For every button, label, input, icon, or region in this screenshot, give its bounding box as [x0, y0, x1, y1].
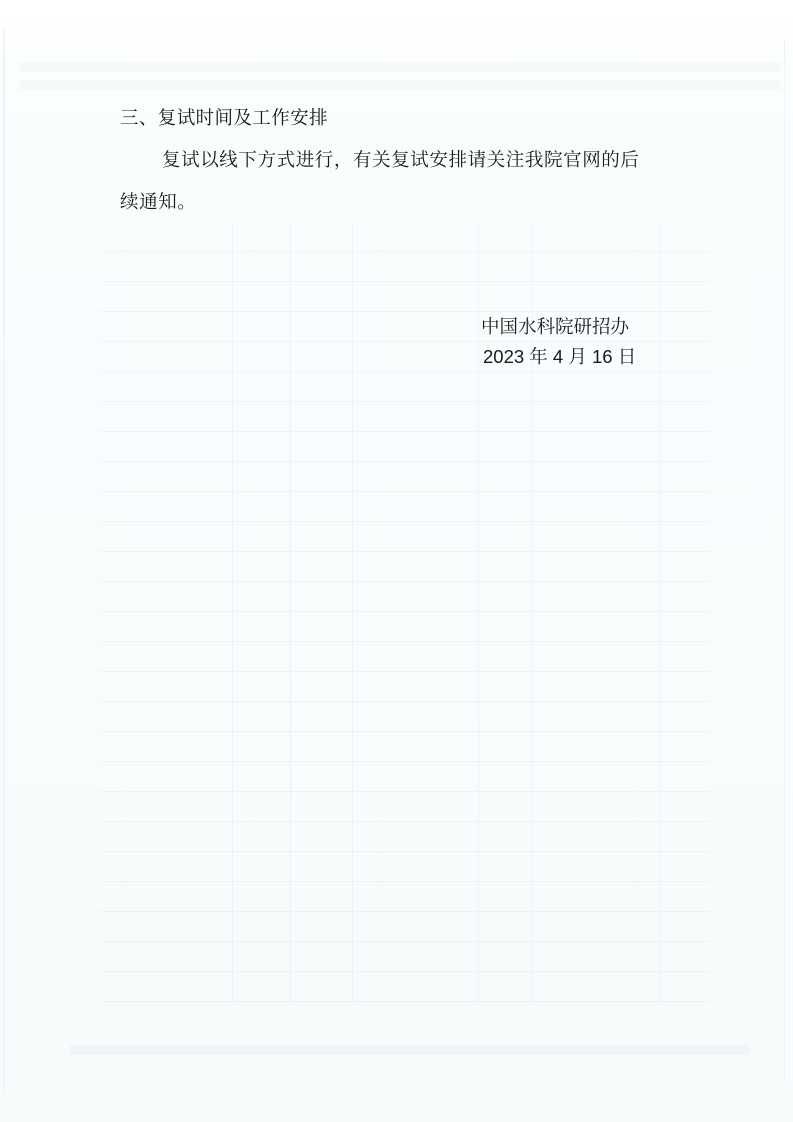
show-through-band: [20, 62, 780, 72]
signature-organization: 中国水科院研招办: [481, 313, 629, 339]
show-through-band: [20, 80, 780, 90]
document-page: 三、复试时间及工作安排 复试以线下方式进行，有关复试安排请关注我院官网的后 续通…: [0, 0, 793, 1122]
body-paragraph-line-2: 续通知。: [120, 188, 196, 214]
scan-edge-left: [3, 30, 5, 1090]
show-through-table: [100, 222, 710, 1002]
scan-edge-right: [784, 40, 785, 1080]
body-paragraph-line-1: 复试以线下方式进行，有关复试安排请关注我院官网的后: [162, 146, 640, 172]
signature-date: 2023 年 4 月 16 日: [483, 343, 636, 369]
section-heading: 三、复试时间及工作安排: [120, 104, 328, 130]
show-through-band: [70, 1045, 750, 1055]
